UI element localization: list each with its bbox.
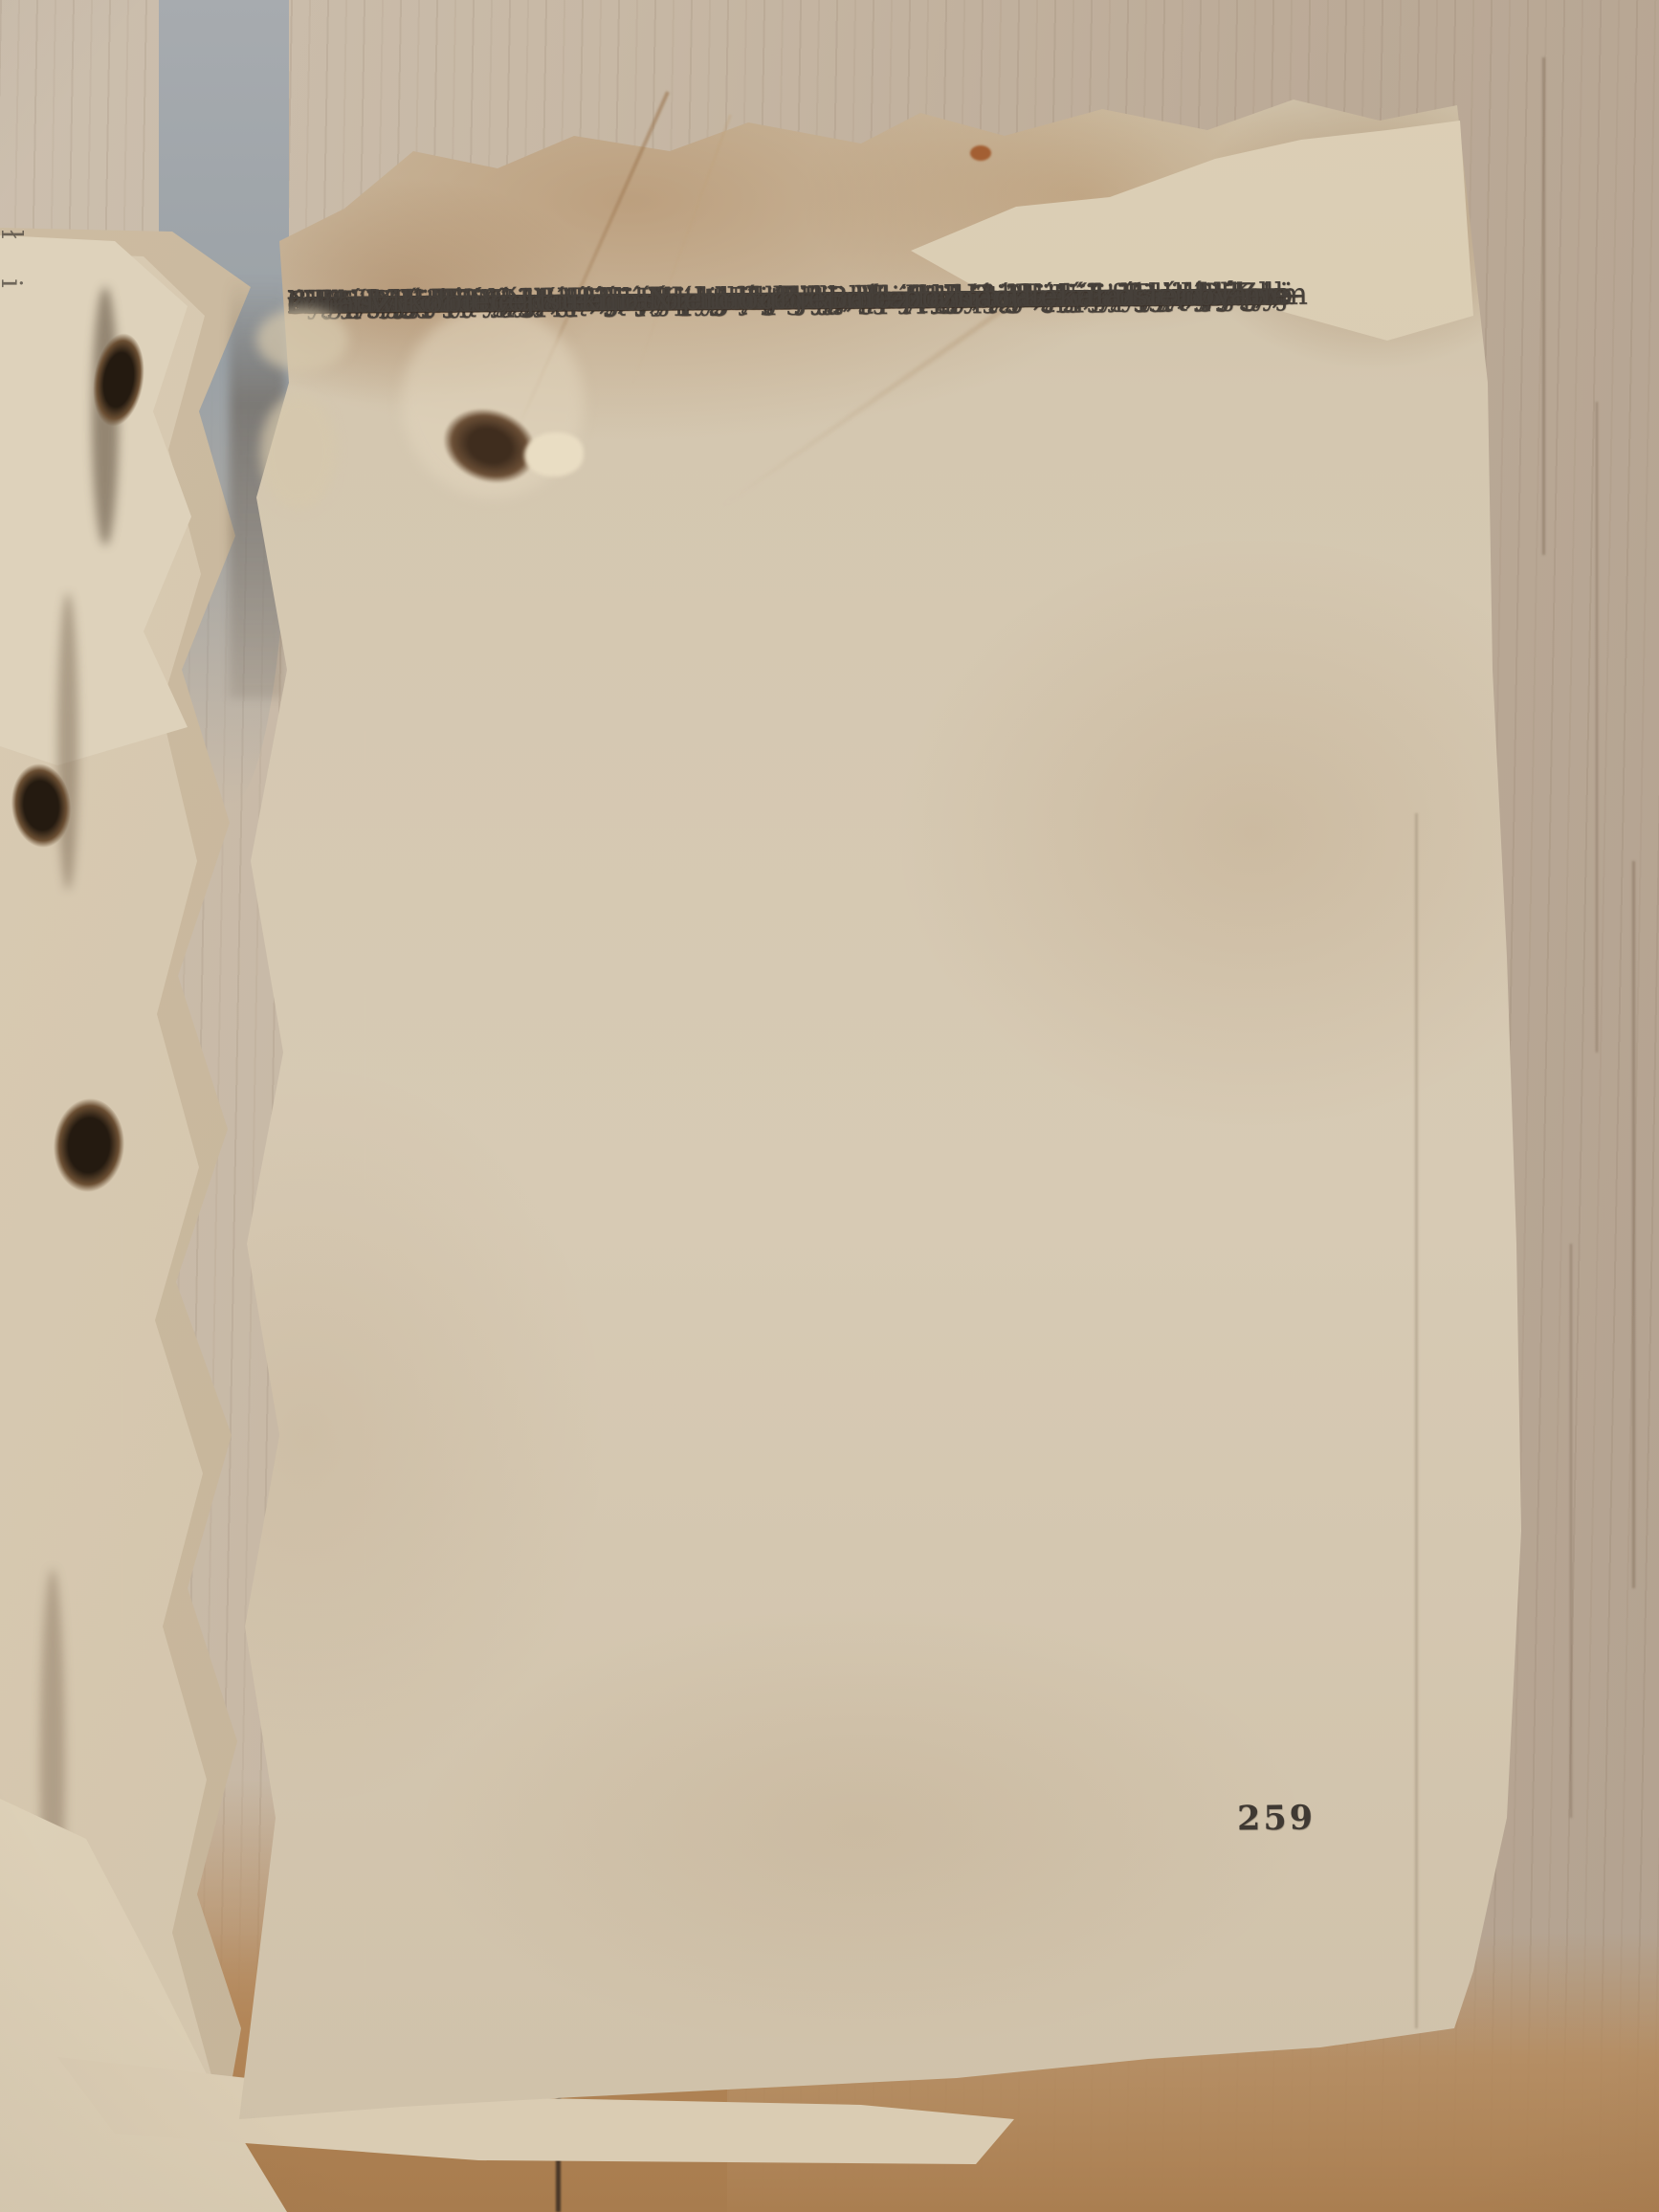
page-number: 259 xyxy=(1237,1799,1316,1839)
left-page-text-fragment: ł i xyxy=(0,230,28,303)
wood-grain-streak xyxy=(1596,402,1598,1052)
tear-flap-highlight xyxy=(524,432,584,476)
spine-crevice-shadow xyxy=(57,593,78,890)
damage-smudge xyxy=(256,308,348,371)
damage-smudge xyxy=(260,394,337,509)
wood-grain-streak xyxy=(1570,1244,1572,1818)
book-page-photo: kie smak w ubraniu dopełniał wrażenia sy… xyxy=(0,0,1659,2212)
paper-fold-line xyxy=(1415,813,1418,2028)
rust-spot xyxy=(970,145,991,161)
wood-grain-streak xyxy=(1542,57,1545,555)
wood-grain-streak xyxy=(1632,861,1635,1588)
